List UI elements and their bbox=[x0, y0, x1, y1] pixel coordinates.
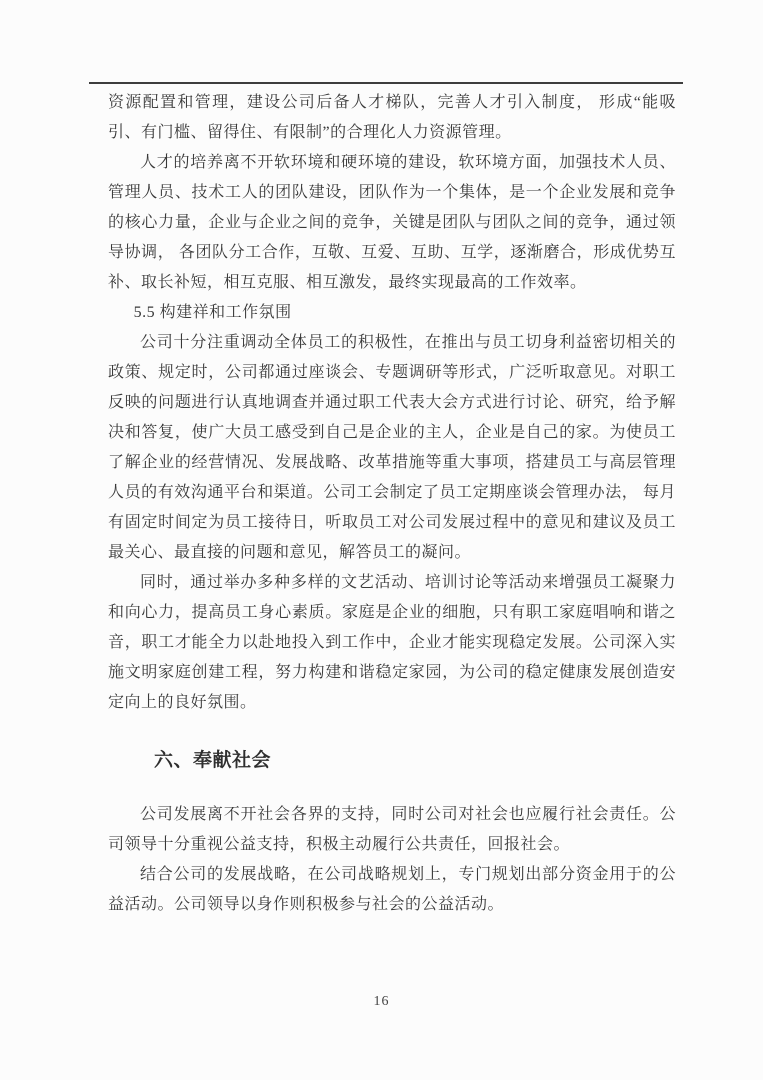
paragraph: 公司十分注重调动全体员工的积极性，在推出与员工切身利益密切相关的政策、规定时，公… bbox=[108, 328, 676, 568]
paragraph: 同时，通过举办多种多样的文艺活动、培训讨论等活动来增强员工凝聚力和向心力，提高员… bbox=[108, 568, 676, 718]
paragraph: 人才的培养离不开软环境和硬环境的建设，软环境方面，加强技术人员、管理人员、技术工… bbox=[108, 148, 676, 298]
header-divider bbox=[89, 82, 683, 84]
section-subheading-5-5: 5.5 构建祥和工作氛围 bbox=[108, 298, 676, 328]
paragraph: 公司发展离不开社会各界的支持，同时公司对社会也应履行社会责任。公司领导十分重视公… bbox=[108, 800, 676, 860]
document-body: 资源配置和管理，建设公司后备人才梯队，完善人才引入制度， 形成“能吸引、有门槛、… bbox=[108, 88, 676, 920]
page-number: 16 bbox=[0, 994, 763, 1010]
paragraph-continuation: 资源配置和管理，建设公司后备人才梯队，完善人才引入制度， 形成“能吸引、有门槛、… bbox=[108, 88, 676, 148]
paragraph: 结合公司的发展战略，在公司战略规划上，专门规划出部分资金用于的公益活动。公司领导… bbox=[108, 860, 676, 920]
document-page: 资源配置和管理，建设公司后备人才梯队，完善人才引入制度， 形成“能吸引、有门槛、… bbox=[0, 0, 763, 1080]
chapter-heading-6: 六、奉献社会 bbox=[108, 746, 676, 776]
